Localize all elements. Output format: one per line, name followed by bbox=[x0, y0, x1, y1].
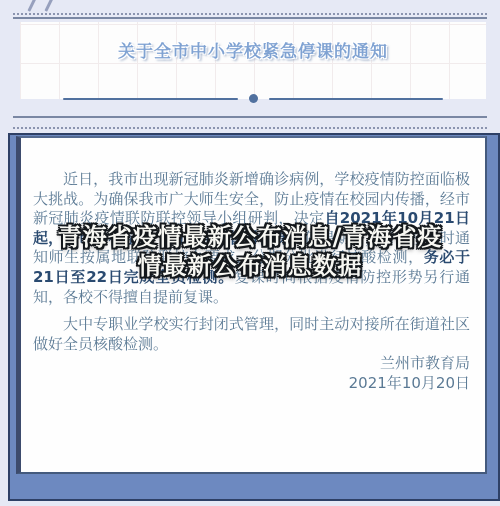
caption-line-2: 情最新公布消息数据 bbox=[0, 252, 500, 281]
mid-dotted-separator bbox=[13, 127, 487, 129]
slash-icon bbox=[44, 0, 54, 12]
notice-sheet: 近日，我市出现新冠肺炎新增确诊病例，学校疫情防控面临极大挑战。为确保我市广大师生… bbox=[16, 136, 487, 474]
notice-signature: 兰州市教育局 bbox=[33, 354, 470, 374]
page-title: 关于全市中小学校紧急停课的通知 bbox=[20, 22, 486, 62]
divider-line-right bbox=[269, 98, 444, 100]
notice-card: 近日，我市出现新冠肺炎新增确诊病例，学校疫情防控面临极大挑战。为确保我市广大师生… bbox=[8, 133, 500, 501]
divider-dot-icon bbox=[249, 94, 258, 103]
top-solid-separator bbox=[13, 17, 487, 19]
quote-slashes-decoration bbox=[27, 0, 67, 13]
slash-icon bbox=[27, 0, 37, 12]
divider-line-left bbox=[63, 98, 238, 100]
caption-overlay: 青海省疫情最新公布消息/青海省疫 情最新公布消息数据 bbox=[0, 223, 500, 281]
mid-solid-separator bbox=[13, 116, 487, 118]
title-panel: 关于全市中小学校紧急停课的通知 bbox=[20, 22, 486, 99]
article-page: { "header": { "title": "关于全市中小学校紧急停课的通知"… bbox=[0, 0, 500, 506]
notice-date: 2021年10月20日 bbox=[33, 374, 470, 394]
caption-line-1: 青海省疫情最新公布消息/青海省疫 bbox=[0, 223, 500, 252]
title-divider bbox=[63, 94, 443, 103]
top-dotted-separator bbox=[13, 13, 487, 15]
notice-paragraph-2: 大中专职业学校实行封闭式管理，同时主动对接所在街道社区做好全员核酸检测。 bbox=[33, 315, 470, 354]
